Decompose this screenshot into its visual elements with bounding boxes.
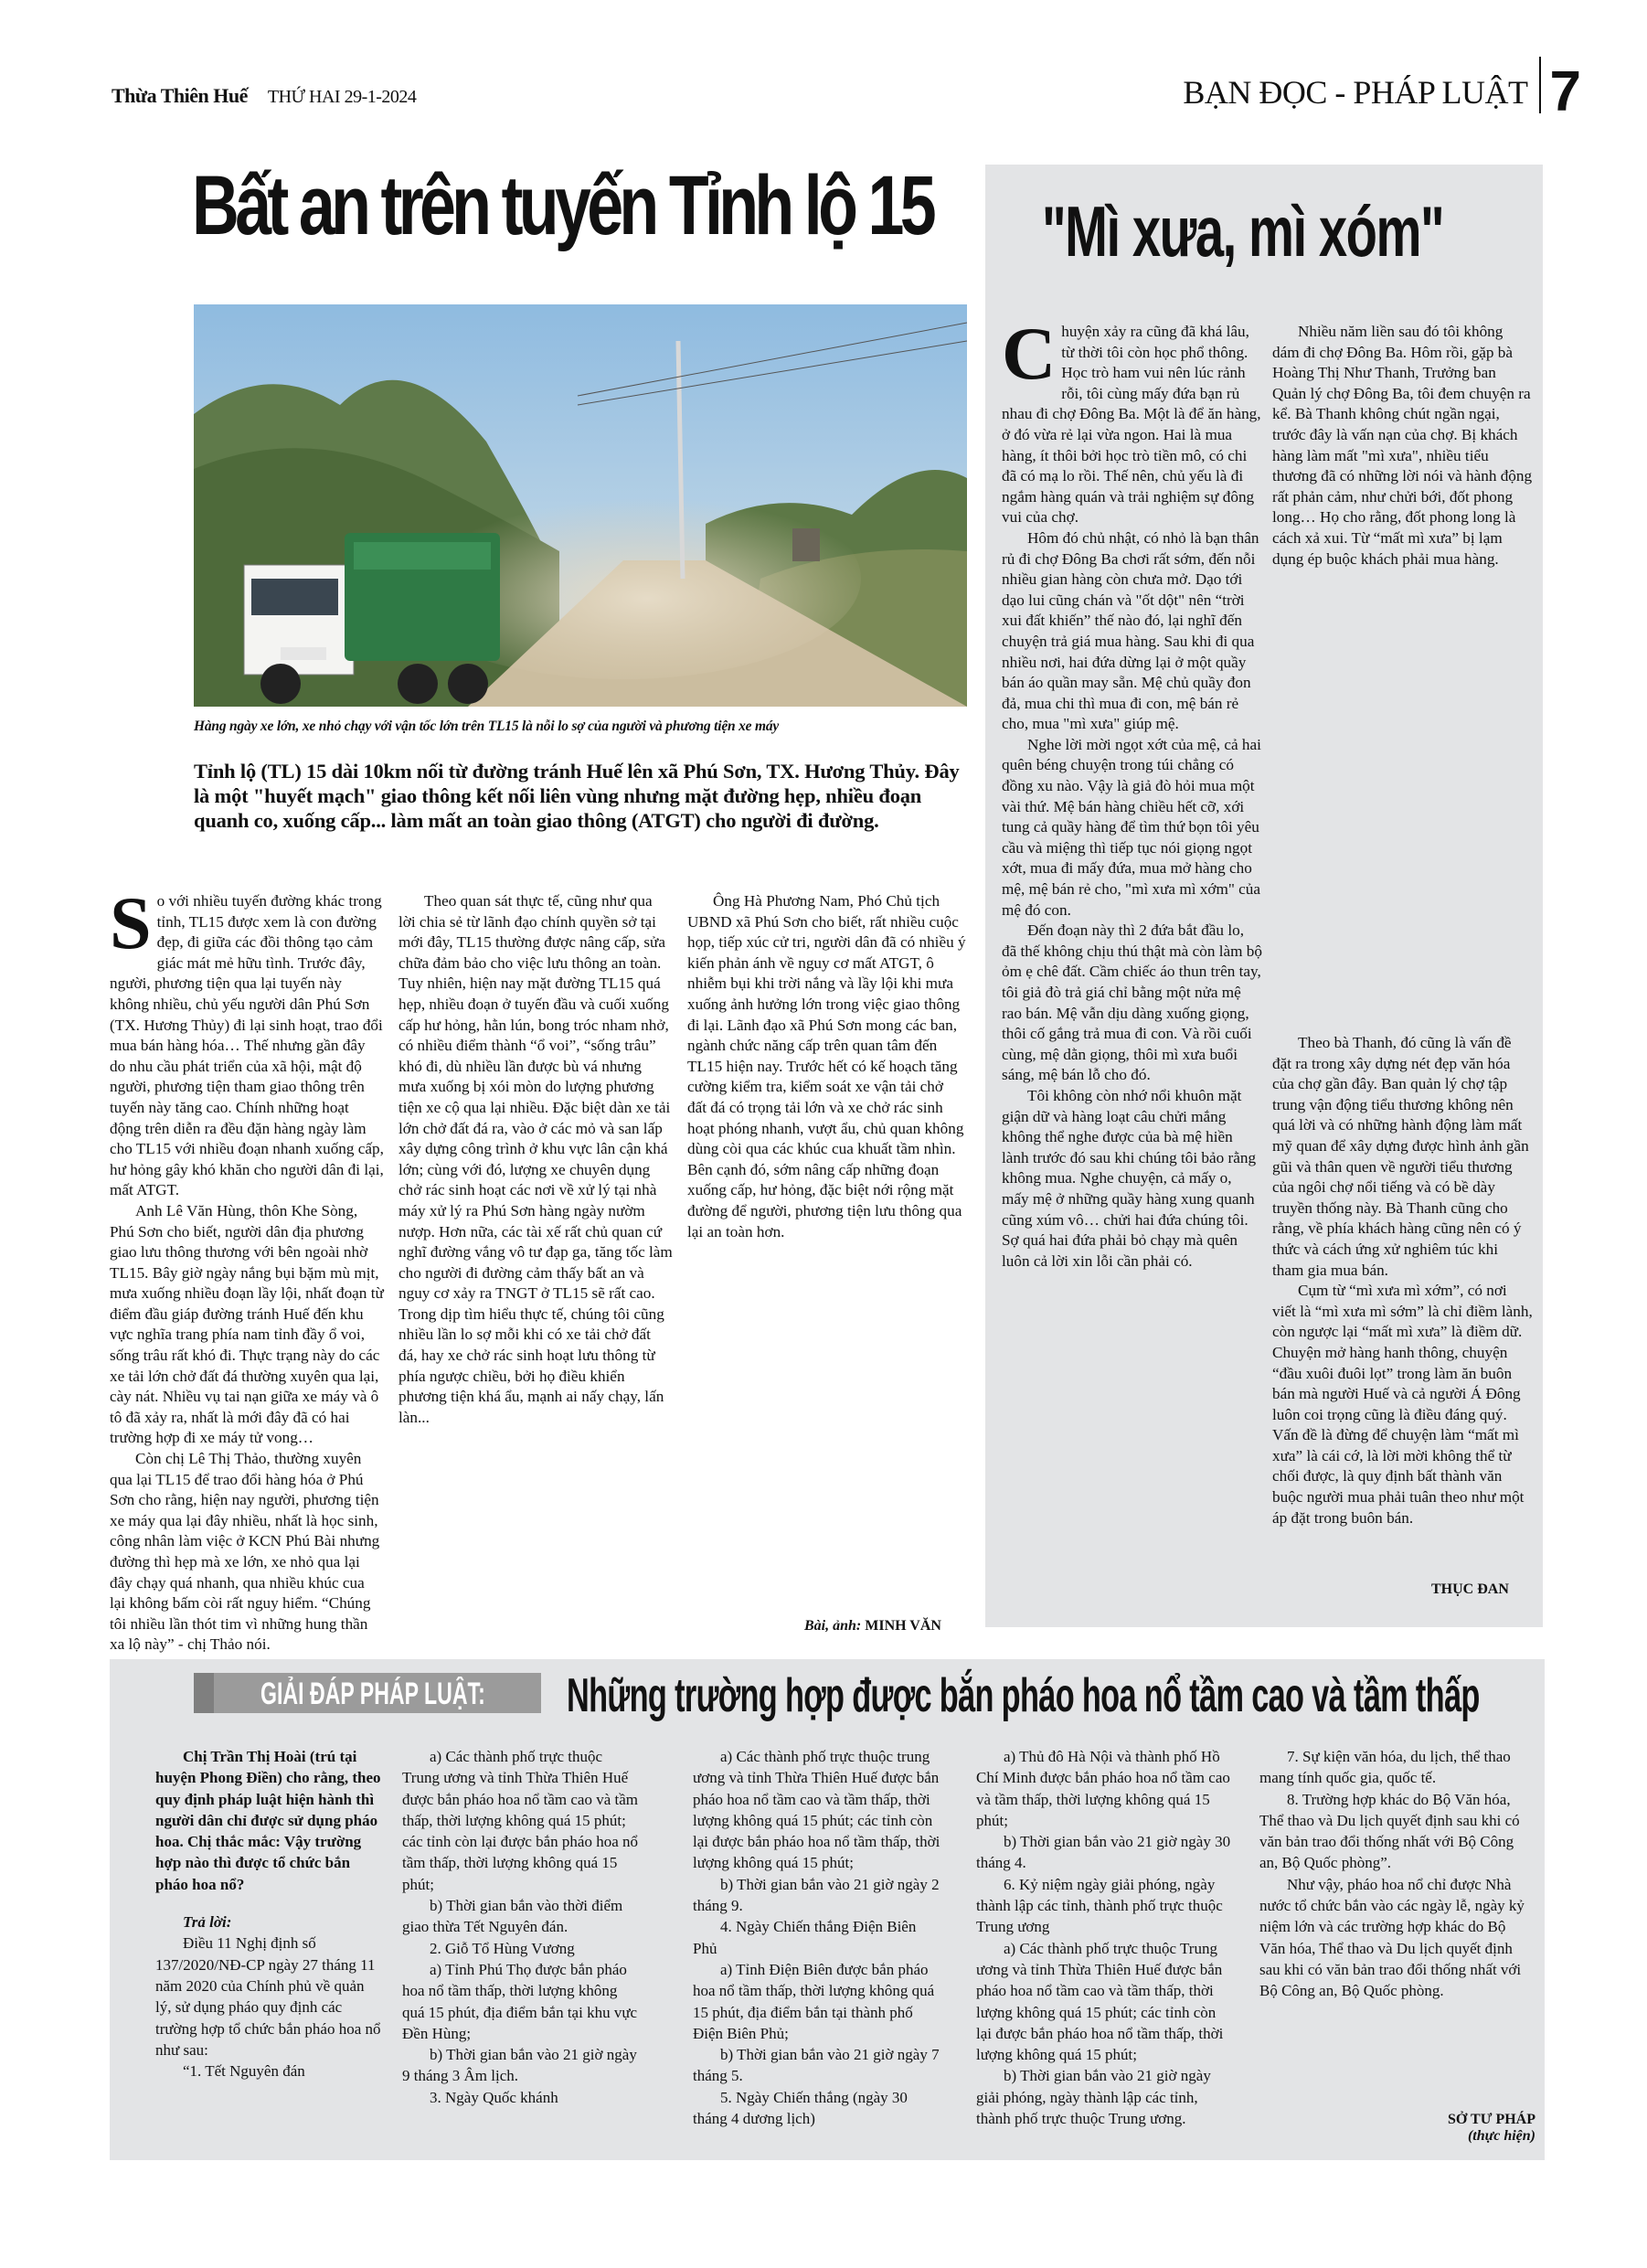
drop-cap: S	[110, 893, 152, 953]
paragraph: 4. Ngày Chiến thắng Điện Biên Phủ	[693, 1916, 944, 1959]
legal-qa-column-2: a) Các thành phố trực thuộc Trung ương v…	[402, 1746, 640, 2108]
paragraph: 6. Kỷ niệm ngày giải phóng, ngày thành l…	[976, 1874, 1232, 1938]
main-article-column-2: Theo quan sát thực tế, cũng như qua lời …	[398, 891, 673, 1428]
paragraph: 7. Sự kiện văn hóa, du lịch, thể thao ma…	[1259, 1746, 1525, 1789]
drop-cap: C	[1002, 324, 1056, 384]
paragraph: Còn chị Lê Thị Thảo, thường xuyên qua lạ…	[110, 1449, 384, 1656]
side-article-column-2: Theo bà Thanh, đó cũng là vấn đề đặt ra …	[1272, 1033, 1533, 1528]
paragraph: a) Tỉnh Điện Biên được bắn pháo hoa nổ t…	[693, 1959, 944, 2044]
truck-road-photo-icon	[194, 304, 967, 707]
legal-qa-column-3: a) Các thành phố trực thuộc trung ương v…	[693, 1746, 944, 2129]
paragraph: a) Thủ đô Hà Nội và thành phố Hồ Chí Min…	[976, 1746, 1232, 1831]
side-article-column-1: Chuyện xảy ra cũng đã khá lâu, từ thời t…	[1002, 322, 1262, 1272]
paragraph: Theo quan sát thực tế, cũng như qua lời …	[398, 891, 673, 1428]
article-photo	[194, 304, 967, 707]
main-article-title: Bất an trên tuyến Tỉnh lộ 15	[192, 155, 805, 256]
paragraph: Nghe lời mời ngọt xớt của mệ, cả hai quê…	[1002, 735, 1262, 921]
article-lead: Tỉnh lộ (TL) 15 dài 10km nối từ đường tr…	[194, 759, 980, 833]
paragraph: Nhiều năm liền sau đó tôi không dám đi c…	[1272, 322, 1533, 570]
paragraph: Tôi không còn nhớ nổi khuôn mặt giận dữ …	[1002, 1086, 1262, 1272]
paragraph: b) Thời gian bắn vào thời điểm giao thừa…	[402, 1895, 640, 1938]
main-article-column-1: So với nhiều tuyến đường khác trong tỉnh…	[110, 891, 384, 1656]
page-number: 7	[1541, 64, 1581, 121]
paragraph: 8. Trường hợp khác do Bộ Văn hóa, Thể th…	[1259, 1789, 1525, 1874]
paragraph: a) Tỉnh Phú Thọ được bắn pháo hoa nổ tầm…	[402, 1959, 640, 2044]
paragraph: 5. Ngày Chiến thắng (ngày 30 tháng 4 dươ…	[693, 2087, 944, 2130]
paragraph: Điều 11 Nghị định số 137/2020/NĐ-CP ngày…	[155, 1933, 384, 2060]
paragraph: “1. Tết Nguyên đán	[155, 2060, 384, 2082]
legal-qa-column-1: Chị Trần Thị Hoài (trú tại huyện Phong Đ…	[155, 1746, 384, 2082]
paragraph: b) Thời gian bắn vào 21 giờ ngày giải ph…	[976, 2065, 1232, 2129]
page-header-right: BẠN ĐỌC - PHÁP LUẬT 7	[1183, 57, 1581, 121]
paragraph: a) Các thành phố trực thuộc Trung ương v…	[976, 1938, 1232, 2066]
section-label: GIẢI ĐÁP PHÁP LUẬT:	[260, 1675, 485, 1713]
paragraph: 3. Ngày Quốc khánh	[402, 2087, 640, 2108]
paragraph: Ông Hà Phương Nam, Phó Chủ tịch UBND xã …	[687, 891, 966, 1242]
paragraph: Hôm đó chủ nhật, có nhỏ là bạn thân rủ đ…	[1002, 528, 1262, 735]
legal-qa-byline: SỞ TƯ PHÁP (thực hiện)	[1408, 2112, 1535, 2145]
paragraph: Theo bà Thanh, đó cũng là vấn đề đặt ra …	[1272, 1033, 1533, 1281]
side-article-title: "Mì xưa, mì xóm"	[1042, 187, 1443, 275]
paragraph: b) Thời gian bắn vào 21 giờ ngày 9 tháng…	[402, 2044, 640, 2087]
photo-caption: Hàng ngày xe lớn, xe nhỏ chạy với vận tố…	[194, 719, 980, 735]
answer-label: Trả lời:	[155, 1911, 384, 1933]
paragraph: Chuyện xảy ra cũng đã khá lâu, từ thời t…	[1002, 322, 1262, 528]
paragraph: Như vậy, pháo hoa nổ chỉ được Nhà nước t…	[1259, 1874, 1525, 2002]
newspaper-name: Thừa Thiên Huế	[112, 84, 248, 108]
paragraph: 2. Giỗ Tổ Hùng Vương	[402, 1938, 640, 1959]
side-article-column-2-top: Nhiều năm liền sau đó tôi không dám đi c…	[1272, 322, 1533, 1026]
paragraph: Cụm từ “mì xưa mì xớm”, có nơi viết là “…	[1272, 1281, 1533, 1528]
legal-qa-title: Những trường hợp được bắn pháo hoa nổ tầ…	[567, 1667, 1480, 1724]
paragraph: Đến đoạn này thì 2 đứa bắt đầu lo, đã th…	[1002, 921, 1262, 1086]
paragraph: a) Các thành phố trực thuộc trung ương v…	[693, 1746, 944, 1874]
paragraph: Anh Lê Văn Hùng, thôn Khe Sòng, Phú Sơn …	[110, 1201, 384, 1449]
page-header-left: Thừa Thiên Huế THỨ HAI 29-1-2024	[112, 84, 416, 108]
legal-qa-column-4: a) Thủ đô Hà Nội và thành phố Hồ Chí Min…	[976, 1746, 1232, 2129]
issue-date: THỨ HAI 29-1-2024	[268, 87, 417, 108]
section-title: BẠN ĐỌC - PHÁP LUẬT	[1183, 57, 1540, 113]
paragraph: b) Thời gian bắn vào 21 giờ ngày 30 thán…	[976, 1831, 1232, 1874]
legal-qa-column-5: 7. Sự kiện văn hóa, du lịch, thể thao ma…	[1259, 1746, 1525, 2002]
paragraph: a) Các thành phố trực thuộc Trung ương v…	[402, 1746, 640, 1895]
paragraph: b) Thời gian bắn vào 21 giờ ngày 2 tháng…	[693, 1874, 944, 1917]
main-article-column-3: Ông Hà Phương Nam, Phó Chủ tịch UBND xã …	[687, 891, 966, 1242]
main-article-byline: Bài, ảnh: MINH VĂN	[804, 1618, 941, 1634]
paragraph: So với nhiều tuyến đường khác trong tỉnh…	[110, 891, 384, 1201]
paragraph: b) Thời gian bắn vào 21 giờ ngày 7 tháng…	[693, 2044, 944, 2087]
side-article-byline: THỤC ĐAN	[1431, 1581, 1509, 1598]
reader-question: Chị Trần Thị Hoài (trú tại huyện Phong Đ…	[155, 1746, 384, 1895]
